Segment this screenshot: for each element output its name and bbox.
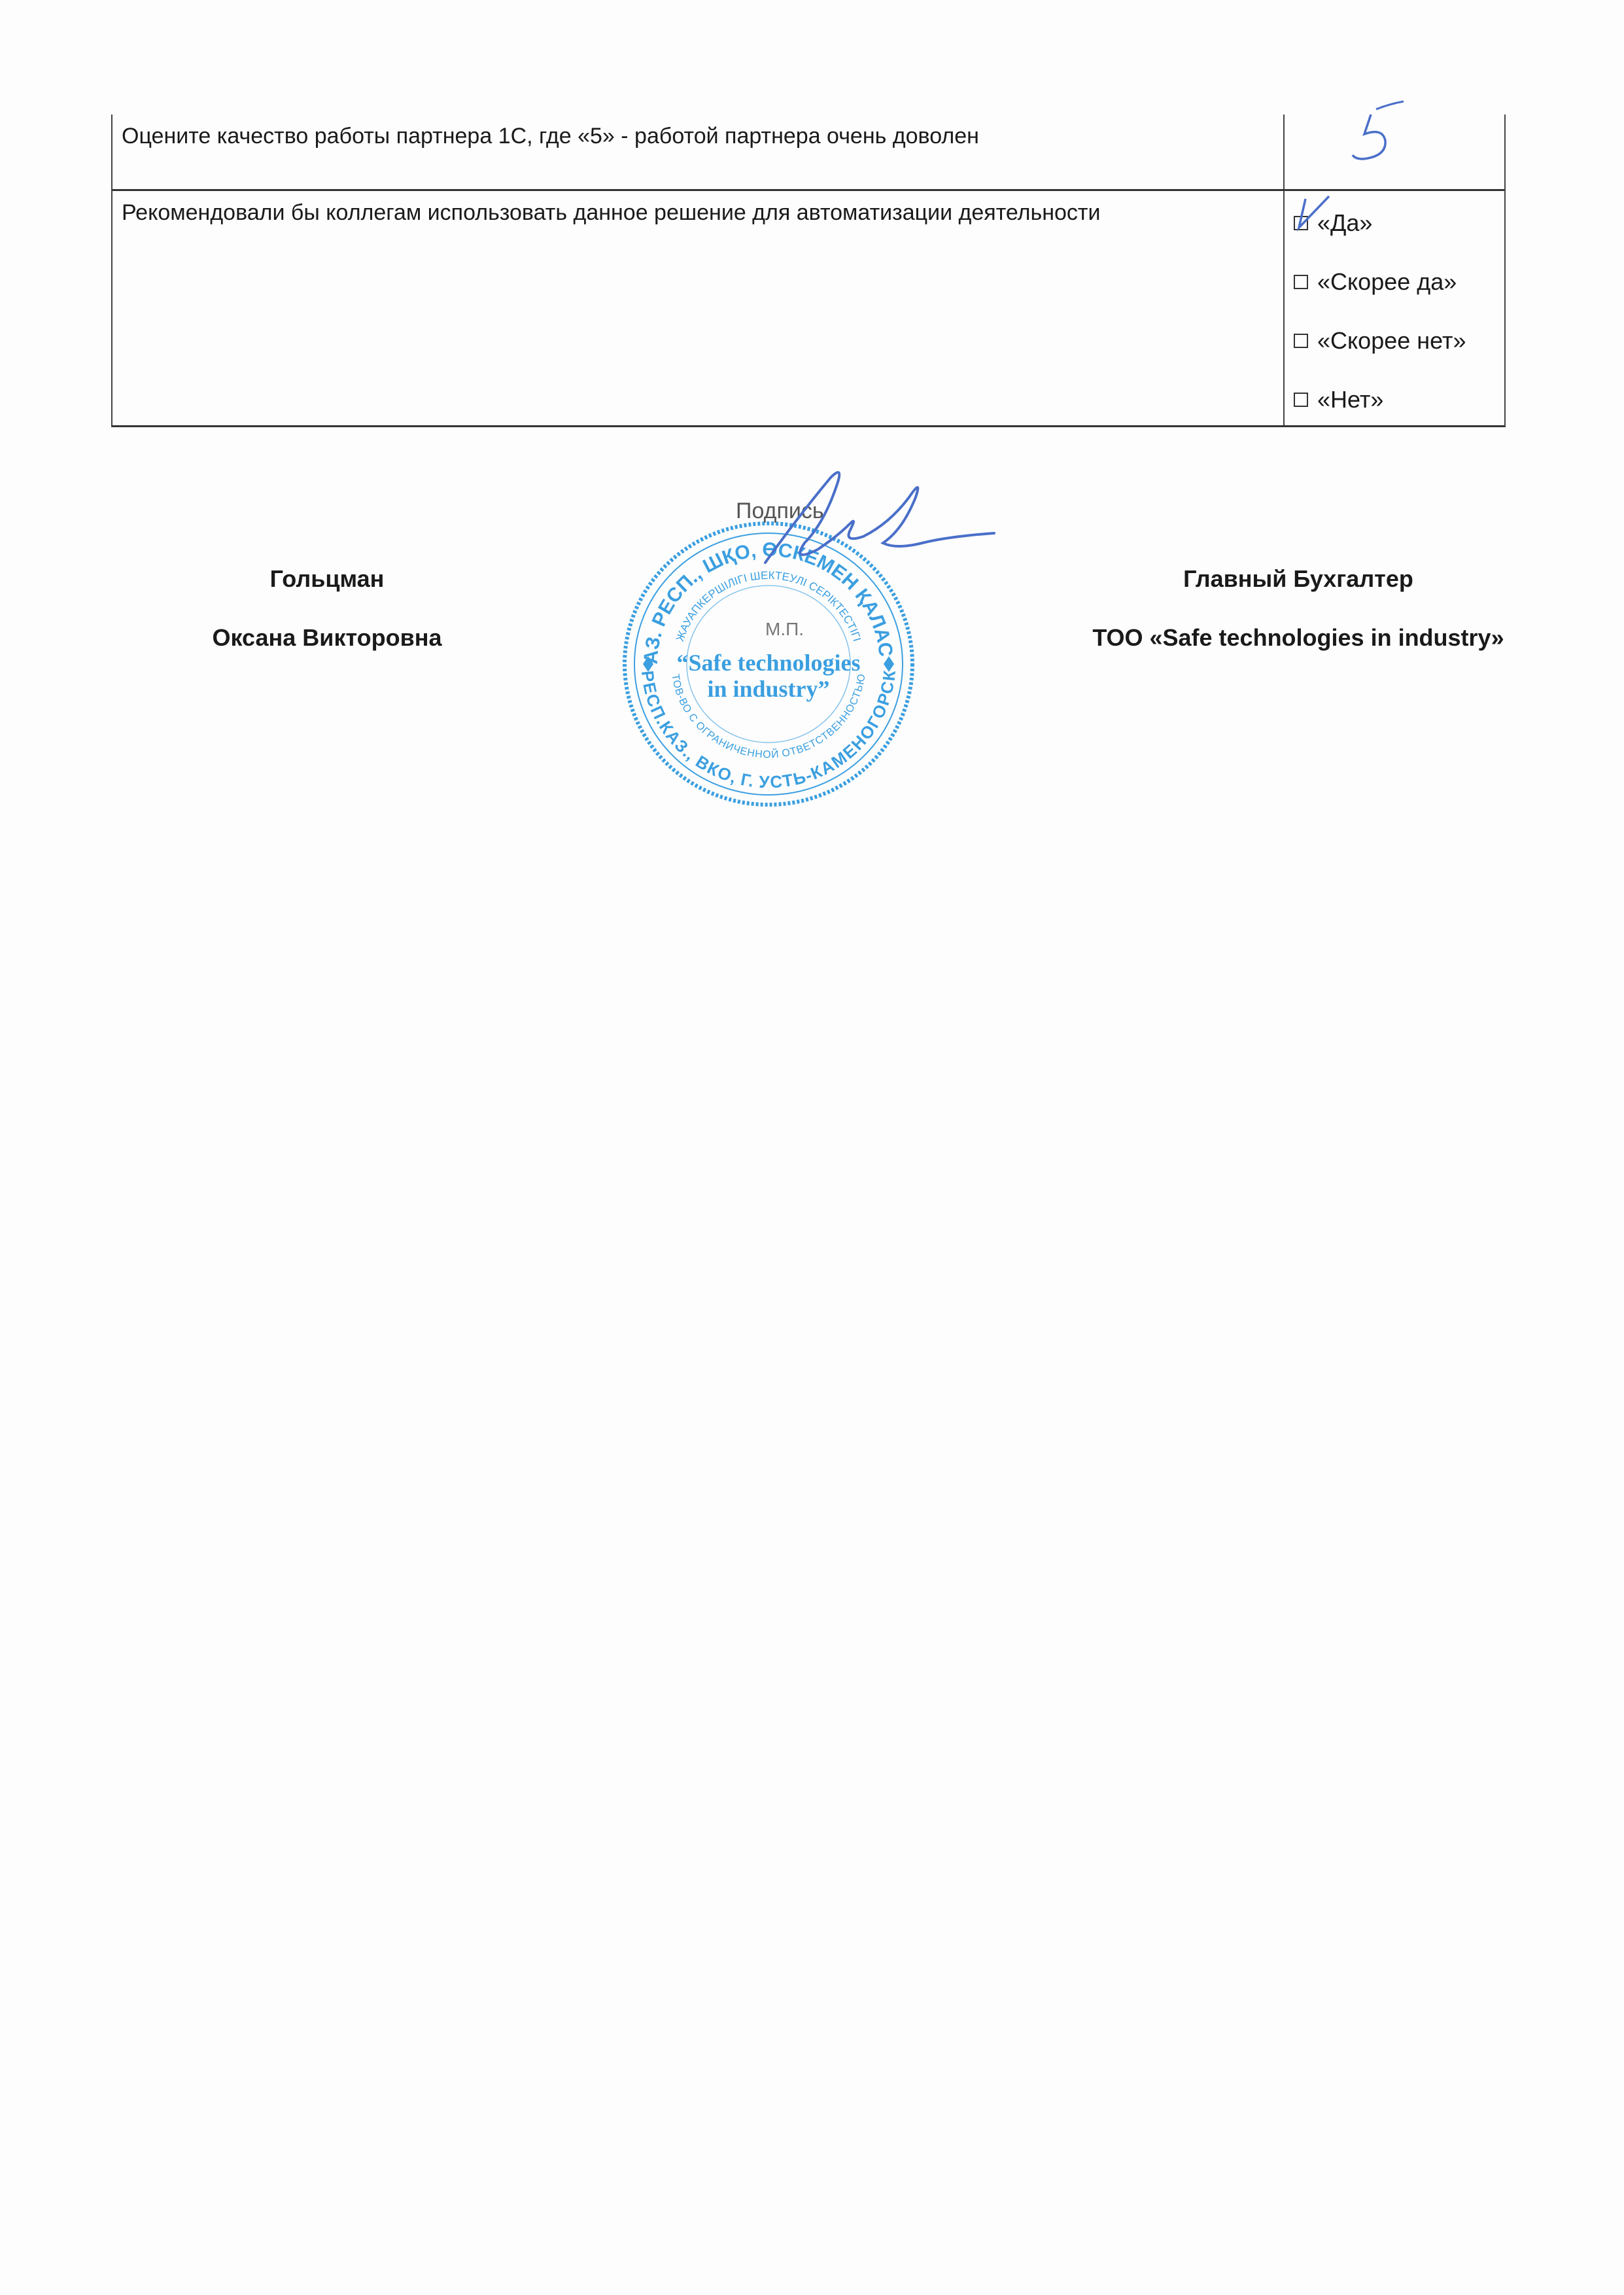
handwritten-rating: 5 xyxy=(1330,96,1409,168)
checkbox[interactable] xyxy=(1294,275,1308,289)
rating-cell[interactable]: 5 xyxy=(1285,114,1504,189)
option-skoree-da[interactable]: «Скорее да» xyxy=(1294,253,1495,311)
signer-first-name: Оксана Викторовна xyxy=(196,608,458,667)
star-icon xyxy=(884,656,894,672)
checkbox[interactable] xyxy=(1294,393,1308,407)
checkbox[interactable] xyxy=(1294,216,1308,230)
checkmark-icon xyxy=(1295,184,1347,237)
question-cell: Рекомендовали бы коллегам использовать д… xyxy=(112,191,1285,425)
stamp-center-1: “Safe technologies xyxy=(677,650,861,676)
checkbox[interactable] xyxy=(1294,334,1308,348)
company-name: ТОО «Safe technologies in industry» xyxy=(1060,608,1537,667)
svg-text:5: 5 xyxy=(1330,96,1331,97)
option-label: «Скорее нет» xyxy=(1317,327,1466,355)
stamp-center-2: in industry” xyxy=(707,676,829,702)
survey-table: Оцените качество работы партнера 1С, где… xyxy=(111,114,1506,427)
signer-surname: Гольцман xyxy=(196,550,458,608)
option-label: «Нет» xyxy=(1317,386,1383,413)
question-cell: Оцените качество работы партнера 1С, где… xyxy=(112,114,1285,189)
signer-position: Главный Бухгалтер ТОО «Safe technologies… xyxy=(1060,550,1537,667)
option-da[interactable]: «Да» xyxy=(1294,194,1495,253)
table-row: Оцените качество работы партнера 1С, где… xyxy=(112,114,1504,189)
option-skoree-net[interactable]: «Скорее нет» xyxy=(1294,311,1495,370)
table-row: Рекомендовали бы коллегам использовать д… xyxy=(112,189,1504,425)
option-label: «Скорее да» xyxy=(1317,268,1457,296)
option-net[interactable]: «Нет» xyxy=(1294,370,1495,429)
stamp-place-label: М.П. xyxy=(765,619,804,640)
signer-name: Гольцман Оксана Викторовна xyxy=(196,550,458,667)
handwritten-signature xyxy=(726,458,1001,602)
options-cell: «Да» «Скорее да» «Скорее нет» «Нет» xyxy=(1285,191,1504,425)
position-title: Главный Бухгалтер xyxy=(1060,550,1537,608)
